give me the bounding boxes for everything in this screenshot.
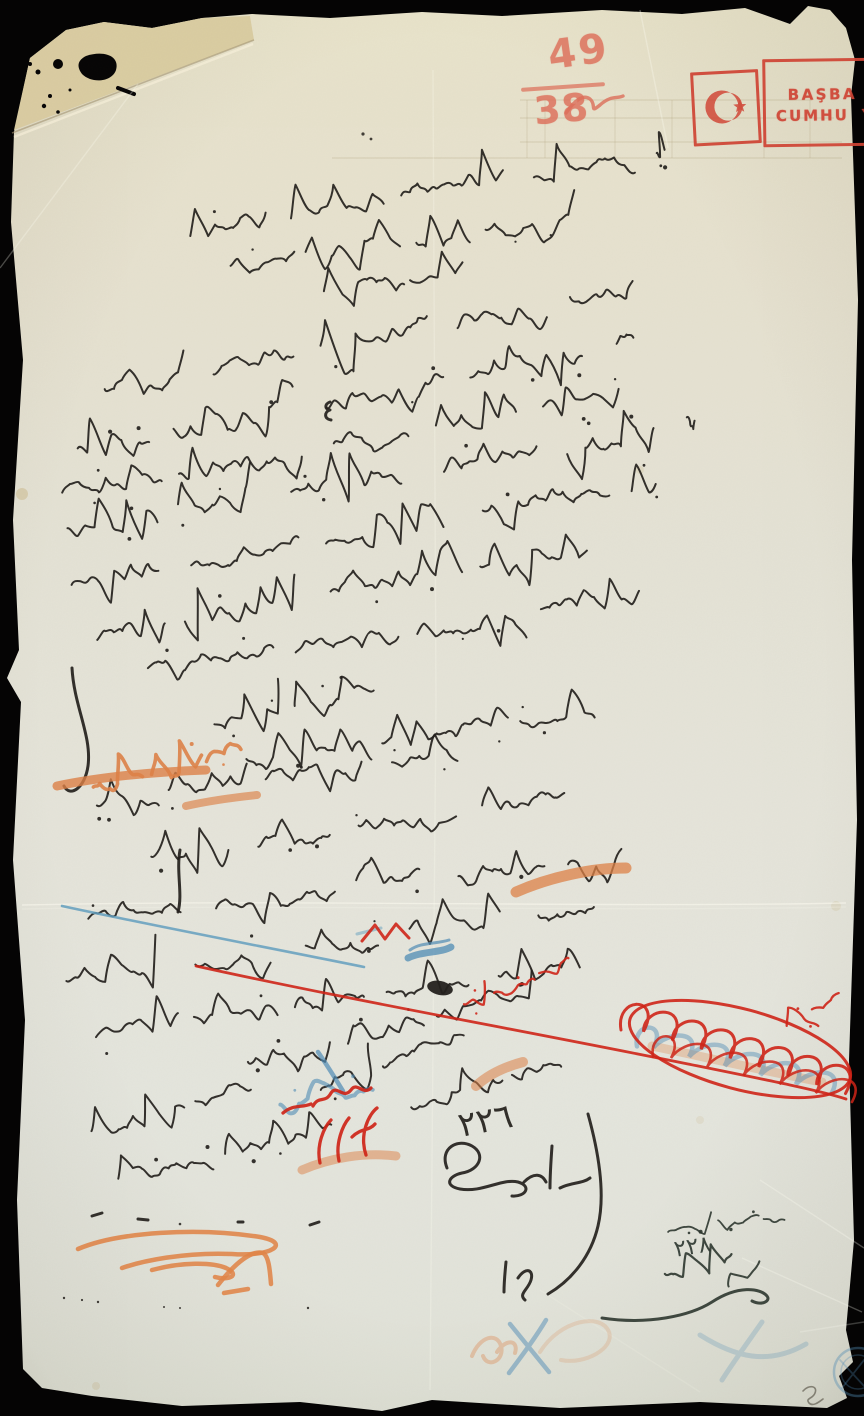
document-artwork-layer <box>0 0 864 1416</box>
handwritten-number-center: ٢٢٦ <box>455 1099 515 1143</box>
stamp-line-1: T. <box>775 67 864 84</box>
folio-number-top: 49 <box>546 28 613 76</box>
crescent-star-icon <box>693 72 757 142</box>
stamp-line-3: CUMHUYE <box>776 106 864 126</box>
handwritten-number-bottom-right: ٢٢٨ <box>672 1233 712 1262</box>
folio-number-bottom: 38 <box>532 88 590 131</box>
stamp-text-box: T. BAŞBA CUMHUYE <box>762 57 864 147</box>
scanned-document-frame: 49 38 T. BAŞBA CUMHUYE ٢٢٦ ٢٢٨ <box>0 0 864 1416</box>
paper-grain-texture <box>0 0 864 1416</box>
archive-stamp: T. BAŞBA CUMHUYE <box>690 55 864 160</box>
stamp-line-3a: CUMHU <box>776 106 849 125</box>
stamp-line-2: BAŞBA <box>788 85 864 104</box>
stamp-emblem-box <box>690 69 762 146</box>
